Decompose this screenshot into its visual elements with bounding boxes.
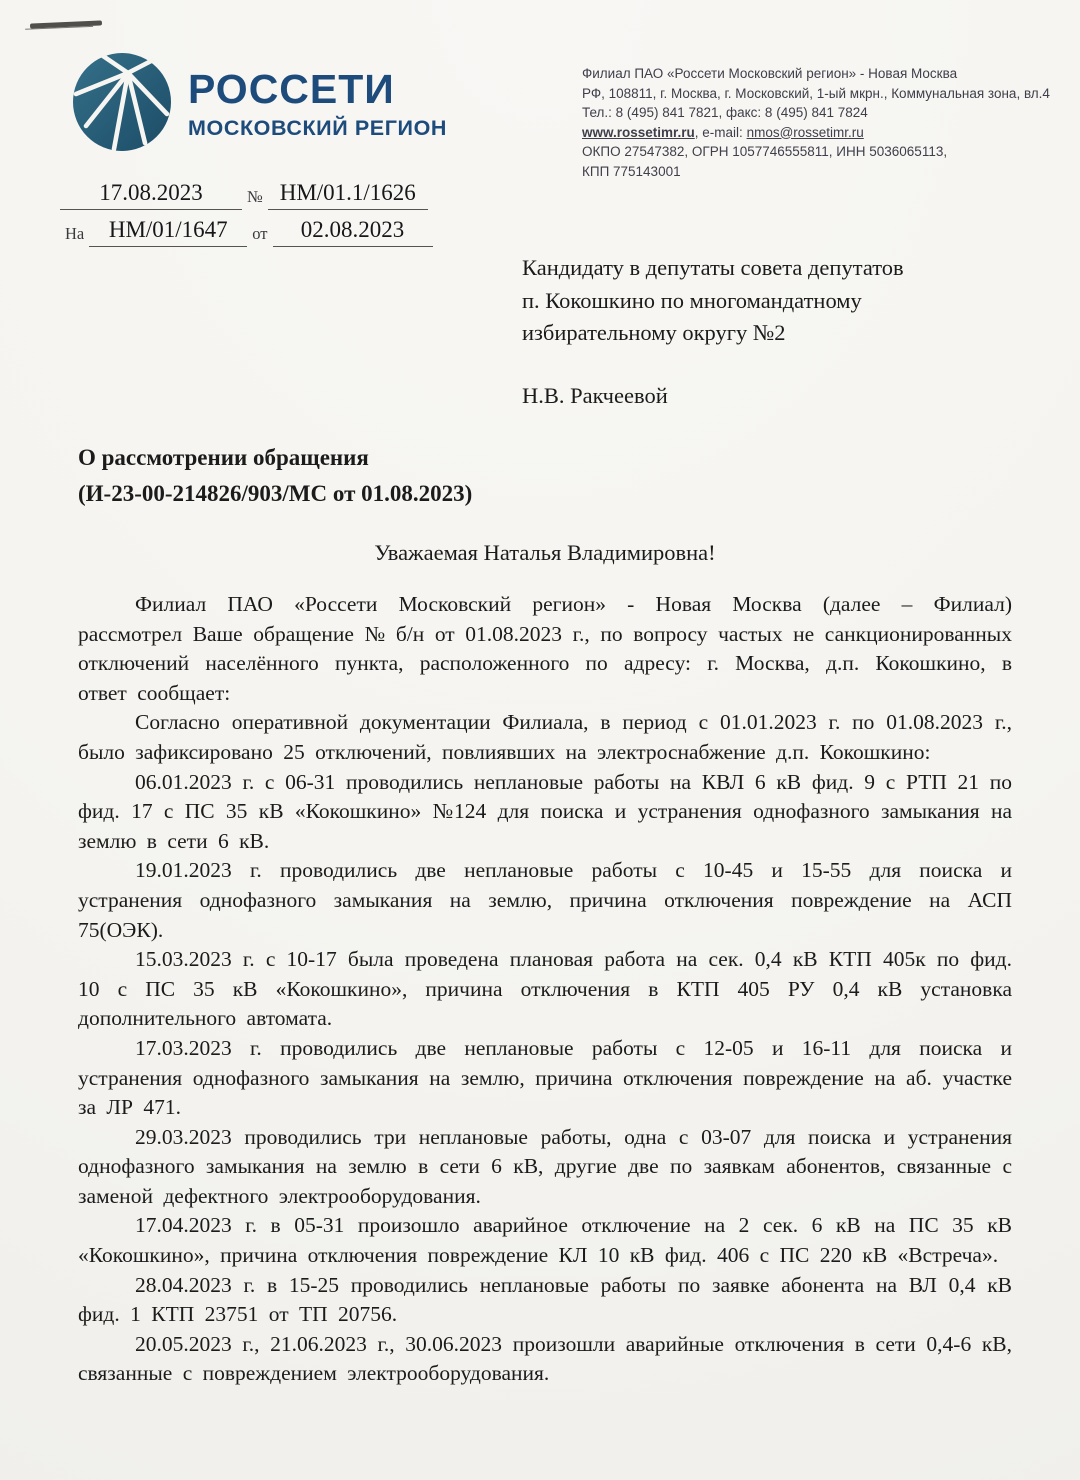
addressee-name: Н.В. Ракчеевой [522, 380, 1022, 413]
body-paragraph: 29.03.2023 проводились три неплановые ра… [78, 1123, 1012, 1212]
scanned-letter-page: РОССЕТИ МОСКОВСКИЙ РЕГИОН Филиал ПАО «Ро… [0, 0, 1080, 1480]
subject-reference: (И-23-00-214826/903/МС от 01.08.2023) [78, 476, 472, 512]
subject-title: О рассмотрении обращения [78, 440, 472, 476]
body-paragraph: 19.01.2023 г. проводились две неплановые… [78, 856, 1012, 945]
subject-block: О рассмотрении обращения (И-23-00-214826… [78, 440, 472, 512]
addressee-line: избирательному округу №2 [522, 317, 1022, 350]
contact-kpp-line: КПП 775143001 [582, 162, 1060, 182]
email-label: , e-mail: [695, 125, 747, 140]
incoming-date: 02.08.2023 [273, 217, 433, 247]
brand-region: МОСКОВСКИЙ РЕГИОН [188, 118, 447, 140]
contact-codes-line: ОКПО 27547382, ОГРН 1057746555811, ИНН 5… [582, 142, 1060, 162]
brand-name: РОССЕТИ [188, 69, 447, 110]
incoming-reference-row: На НМ/01/1647 от 02.08.2023 [60, 217, 433, 247]
contact-web-line: www.rossetimr.ru, e-mail: nmos@rossetimr… [582, 123, 1060, 143]
outgoing-number: НМ/01.1/1626 [268, 180, 428, 210]
body-paragraph: 17.04.2023 г. в 05-31 произошло аварийно… [78, 1211, 1012, 1270]
salutation: Уважаемая Наталья Владимировна! [78, 540, 1012, 566]
contact-filial-line: Филиал ПАО «Россети Московский регион» -… [582, 64, 1060, 84]
rosseti-globe-icon [72, 52, 172, 157]
body-paragraph: Филиал ПАО «Россети Московский регион» -… [78, 590, 1012, 708]
body-paragraph: 28.04.2023 г. в 15-25 проводились неплан… [78, 1271, 1012, 1330]
addressee-line: п. Кокошкино по многомандатному [522, 285, 1022, 318]
body-paragraph: 20.05.2023 г., 21.06.2023 г., 30.06.2023… [78, 1330, 1012, 1389]
outgoing-date: 17.08.2023 [60, 180, 242, 210]
addressee-block: Кандидату в депутаты совета депутатов п.… [522, 252, 1022, 412]
letterhead-contact-block: Филиал ПАО «Россети Московский регион» -… [582, 64, 1060, 181]
contact-phone-line: Тел.: 8 (495) 841 7821, факс: 8 (495) 84… [582, 103, 1060, 123]
body-paragraph: Согласно оперативной документации Филиал… [78, 708, 1012, 767]
body-paragraph: 17.03.2023 г. проводились две неплановые… [78, 1034, 1012, 1123]
reference-block: 17.08.2023 № НМ/01.1/1626 На НМ/01/1647 … [60, 180, 433, 247]
addressee-line: Кандидату в депутаты совета депутатов [522, 252, 1022, 285]
contact-address-line: РФ, 108811, г. Москва, г. Московский, 1-… [582, 84, 1060, 104]
letterhead-logo: РОССЕТИ МОСКОВСКИЙ РЕГИОН [72, 52, 447, 157]
brand-text: РОССЕТИ МОСКОВСКИЙ РЕГИОН [188, 69, 447, 140]
number-sign-label: № [242, 187, 268, 210]
from-label: от [247, 224, 272, 247]
incoming-number: НМ/01/1647 [89, 217, 247, 247]
letter-body: Филиал ПАО «Россети Московский регион» -… [78, 590, 1012, 1389]
outgoing-reference-row: 17.08.2023 № НМ/01.1/1626 [60, 180, 433, 210]
website-link: www.rossetimr.ru [582, 125, 695, 140]
reply-to-label: На [60, 224, 89, 247]
body-paragraph: 15.03.2023 г. с 10-17 была проведена пла… [78, 945, 1012, 1034]
email-link: nmos@rossetimr.ru [747, 125, 864, 140]
body-paragraph: 06.01.2023 г. с 06-31 проводились неплан… [78, 768, 1012, 857]
scan-artifact-mark [30, 20, 102, 28]
